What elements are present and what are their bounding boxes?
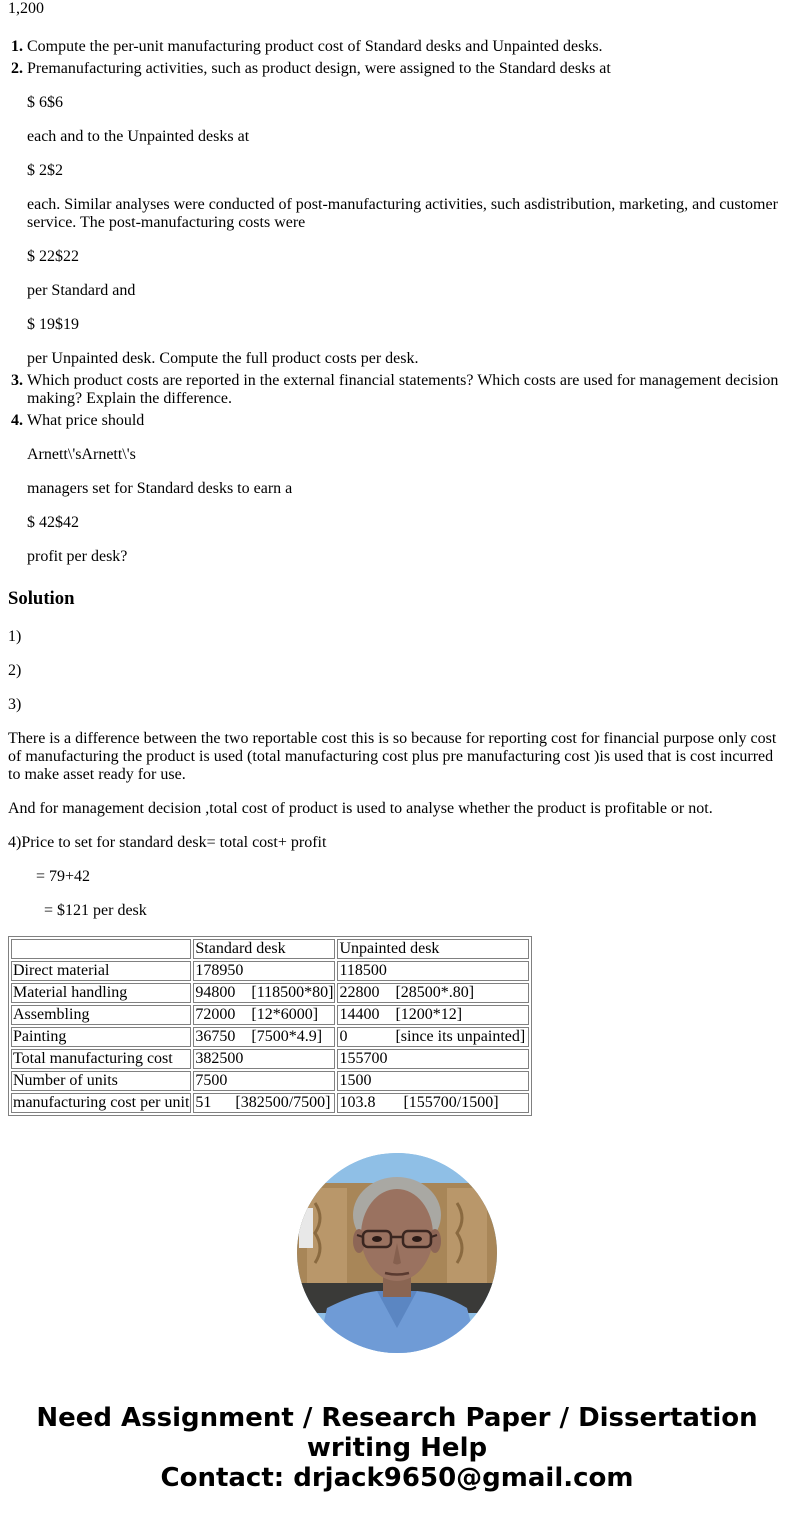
question-4: What price should Arnett\'sArnett\'s man… <box>27 412 786 566</box>
row-label: Assembling <box>11 1005 191 1025</box>
question-2-amount-pre-standard: $ 6$6 <box>27 94 786 112</box>
avatar-container <box>8 1153 786 1353</box>
promo-headline: Need Assignment / Research Paper / Disse… <box>18 1403 776 1463</box>
question-3-text: Which product costs are reported in the … <box>27 372 778 407</box>
row-label: Direct material <box>11 961 191 981</box>
question-3: Which product costs are reported in the … <box>27 372 786 408</box>
table-row: Material handling 94800 [118500*80] 2280… <box>11 983 529 1003</box>
standard-value: 36750 [7500*4.9] <box>193 1027 335 1047</box>
standard-value: 72000 [12*6000] <box>193 1005 335 1025</box>
cost-table: Standard desk Unpainted desk Direct mate… <box>8 936 532 1116</box>
table-row: Painting 36750 [7500*4.9] 0 [since its u… <box>11 1027 529 1047</box>
question-1: Compute the per-unit manufacturing produ… <box>27 38 786 56</box>
question-4-text: managers set for Standard desks to earn … <box>27 480 786 498</box>
person-photo-icon <box>297 1153 497 1353</box>
question-2-text: each and to the Unpainted desks at <box>27 128 786 146</box>
row-label: Total manufacturing cost <box>11 1049 191 1069</box>
solution-part-3: 3) <box>8 696 786 714</box>
question-list: Compute the per-unit manufacturing produ… <box>8 38 786 566</box>
tutor-avatar <box>297 1153 497 1353</box>
row-label: Number of units <box>11 1071 191 1091</box>
row-label: manufacturing cost per unit <box>11 1093 191 1113</box>
question-2-amount-pre-unpainted: $ 2$2 <box>27 162 786 180</box>
question-2-text: each. Similar analyses were conducted of… <box>27 196 786 232</box>
table-row: Direct material 178950 118500 <box>11 961 529 981</box>
solution-explanation-management: And for management decision ,total cost … <box>8 800 786 818</box>
row-label: Painting <box>11 1027 191 1047</box>
standard-value: 94800 [118500*80] <box>193 983 335 1003</box>
promo-contact: Contact: drjack9650@gmail.com <box>18 1463 776 1493</box>
table-row: Total manufacturing cost 382500 155700 <box>11 1049 529 1069</box>
question-2-amount-post-standard: $ 22$22 <box>27 248 786 266</box>
standard-value: 178950 <box>193 961 335 981</box>
standard-value: 382500 <box>193 1049 335 1069</box>
table-header-cell: Standard desk <box>193 939 335 959</box>
solution-heading: Solution <box>8 588 786 610</box>
unpainted-value: 118500 <box>337 961 529 981</box>
unpainted-value: 1500 <box>337 1071 529 1091</box>
table-header-row: Standard desk Unpainted desk <box>11 939 529 959</box>
question-2-amount-post-unpainted: $ 19$19 <box>27 316 786 334</box>
unpainted-value: 103.8 [155700/1500] <box>337 1093 529 1113</box>
unpainted-value: 14400 [1200*12] <box>337 1005 529 1025</box>
table-header-cell: Unpainted desk <box>337 939 529 959</box>
unpainted-value: 22800 [28500*.80] <box>337 983 529 1003</box>
question-4-text: What price should <box>27 412 786 430</box>
question-2-text: per Standard and <box>27 282 786 300</box>
table-header-cell <box>11 939 191 959</box>
promo-banner: Need Assignment / Research Paper / Disse… <box>8 1403 786 1493</box>
question-4-profit-amount: $ 42$42 <box>27 514 786 532</box>
solution-explanation-financial: There is a difference between the two re… <box>8 730 786 784</box>
question-2: Premanufacturing activities, such as pro… <box>27 60 786 368</box>
question-2-text: per Unpainted desk. Compute the full pro… <box>27 350 786 368</box>
table-row: manufacturing cost per unit 51 [382500/7… <box>11 1093 529 1113</box>
row-label: Material handling <box>11 983 191 1003</box>
solution-part-4-result: = $121 per desk <box>8 902 786 920</box>
standard-value: 7500 <box>193 1071 335 1091</box>
table-row: Number of units 7500 1500 <box>11 1071 529 1091</box>
top-value: 1,200 <box>8 0 786 18</box>
document-page: 1,200 Compute the per-unit manufacturing… <box>0 0 794 1493</box>
standard-value: 51 [382500/7500] <box>193 1093 335 1113</box>
table-row: Assembling 72000 [12*6000] 14400 [1200*1… <box>11 1005 529 1025</box>
solution-part-1: 1) <box>8 628 786 646</box>
unpainted-value: 155700 <box>337 1049 529 1069</box>
solution-part-4-calc: = 79+42 <box>8 868 786 886</box>
question-4-company: Arnett\'sArnett\'s <box>27 446 786 464</box>
question-4-text: profit per desk? <box>27 548 786 566</box>
question-2-text: Premanufacturing activities, such as pro… <box>27 60 786 78</box>
solution-part-2: 2) <box>8 662 786 680</box>
unpainted-value: 0 [since its unpainted] <box>337 1027 529 1047</box>
question-1-text: Compute the per-unit manufacturing produ… <box>27 38 603 55</box>
solution-part-4-formula: 4)Price to set for standard desk= total … <box>8 834 786 852</box>
